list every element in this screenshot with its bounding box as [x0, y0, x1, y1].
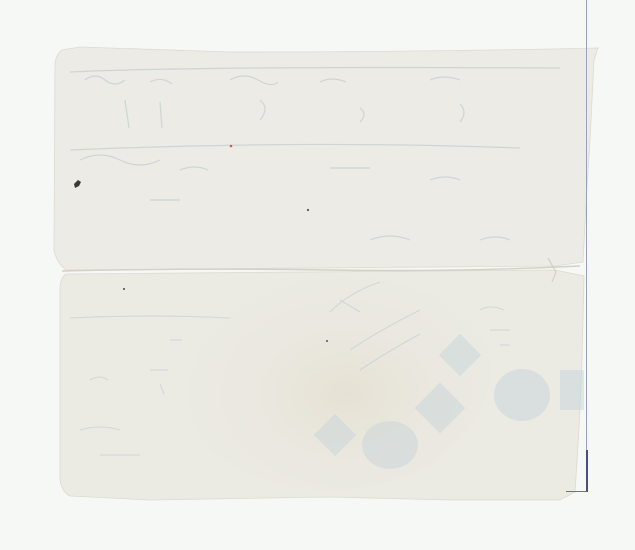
scan-corner-tick: [566, 491, 587, 492]
scan-margin-line-dark: [586, 450, 588, 492]
paper-top-panel: [54, 47, 598, 270]
scanned-paper: [0, 0, 635, 550]
scan-margin-line: [586, 0, 587, 492]
